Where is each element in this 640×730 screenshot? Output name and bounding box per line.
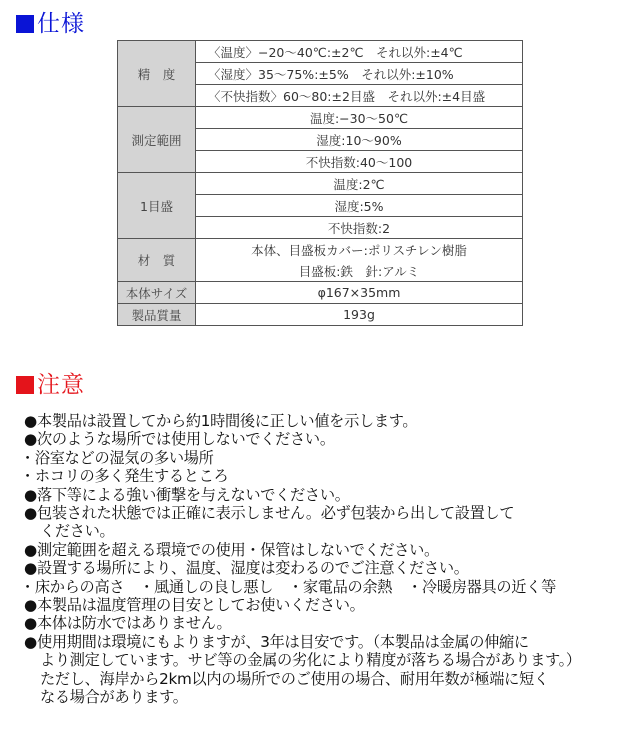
range-humidity: 湿度:10〜90% xyxy=(196,129,523,151)
range-temperature: 温度:−30〜50℃ xyxy=(196,107,523,129)
scale-discomfort-index: 不快指数:2 xyxy=(196,217,523,239)
note-line: より測定しています。サビ等の金属の劣化により精度が落ちる場合があります。） xyxy=(24,651,624,669)
note-line: ください。 xyxy=(24,522,624,540)
table-row: 測定範囲 温度:−30〜50℃ xyxy=(118,107,523,129)
note-line: ●使用期間は環境にもよりますが、3年は目安です。（本製品は金属の伸縮に xyxy=(24,633,624,651)
size-value: φ167×35mm xyxy=(196,282,523,304)
note-line: ●本製品は設置してから約1時間後に正しい値を示します。 xyxy=(24,412,624,430)
table-row: 本体サイズ φ167×35mm xyxy=(118,282,523,304)
row-header-range: 測定範囲 xyxy=(118,107,196,173)
spec-table: 精 度 〈温度〉−20〜40℃:±2℃ それ以外:±4℃ 〈湿度〉35〜75%:… xyxy=(117,40,523,326)
accuracy-temperature: 〈温度〉−20〜40℃:±2℃ それ以外:±4℃ xyxy=(196,41,523,63)
table-row: 製品質量 193g xyxy=(118,304,523,326)
row-header-scale: 1目盛 xyxy=(118,173,196,239)
note-line: ●包装された状態では正確に表示しません。必ず包装から出して設置して xyxy=(24,504,624,522)
note-line: ただし、海岸から2km以内の場所でのご使用の場合、耐用年数が極端に短く xyxy=(24,670,624,688)
blue-square-icon xyxy=(16,15,34,33)
note-line: ●設置する場所により、温度、湿度は変わるのでご注意ください。 xyxy=(24,559,624,577)
note-line: ・浴室などの湿気の多い場所 xyxy=(20,449,624,467)
accuracy-discomfort-index: 〈不快指数〉60〜80:±2目盛 それ以外:±4目盛 xyxy=(196,85,523,107)
row-header-material: 材 質 xyxy=(118,239,196,282)
row-header-accuracy: 精 度 xyxy=(118,41,196,107)
table-row: 1目盛 温度:2℃ xyxy=(118,173,523,195)
note-line: ●落下等による強い衝撃を与えないでください。 xyxy=(24,486,624,504)
table-row: 材 質 本体、目盛板カバー:ポリスチレン樹脂 xyxy=(118,239,523,261)
spec-title-text: 仕様 xyxy=(37,10,85,38)
notes-title-text: 注意 xyxy=(37,371,85,399)
notes-list: ●本製品は設置してから約1時間後に正しい値を示します。 ●次のような場所では使用… xyxy=(24,412,624,707)
table-row: 精 度 〈温度〉−20〜40℃:±2℃ それ以外:±4℃ xyxy=(118,41,523,63)
note-line: ・ホコリの多く発生するところ xyxy=(20,467,624,485)
weight-value: 193g xyxy=(196,304,523,326)
notes-section-title: 注意 xyxy=(16,371,85,399)
scale-humidity: 湿度:5% xyxy=(196,195,523,217)
scale-temperature: 温度:2℃ xyxy=(196,173,523,195)
note-line: ●本製品は温度管理の目安としてお使いください。 xyxy=(24,596,624,614)
note-line: ●本体は防水ではありません。 xyxy=(24,614,624,632)
accuracy-humidity: 〈湿度〉35〜75%:±5% それ以外:±10% xyxy=(196,63,523,85)
range-discomfort-index: 不快指数:40〜100 xyxy=(196,151,523,173)
material-dial: 目盛板:鉄 針:アルミ xyxy=(196,260,523,282)
spec-section-title: 仕様 xyxy=(16,10,85,38)
note-line: ●次のような場所では使用しないでください。 xyxy=(24,430,624,448)
note-line: ・床からの高さ ・風通しの良し悪し ・家電品の余熱 ・冷暖房器具の近く等 xyxy=(20,578,624,596)
red-square-icon xyxy=(16,376,34,394)
material-body: 本体、目盛板カバー:ポリスチレン樹脂 xyxy=(196,239,523,261)
note-line: なる場合があります。 xyxy=(24,688,624,706)
row-header-size: 本体サイズ xyxy=(118,282,196,304)
note-line: ●測定範囲を超える環境での使用・保管はしないでください。 xyxy=(24,541,624,559)
row-header-weight: 製品質量 xyxy=(118,304,196,326)
